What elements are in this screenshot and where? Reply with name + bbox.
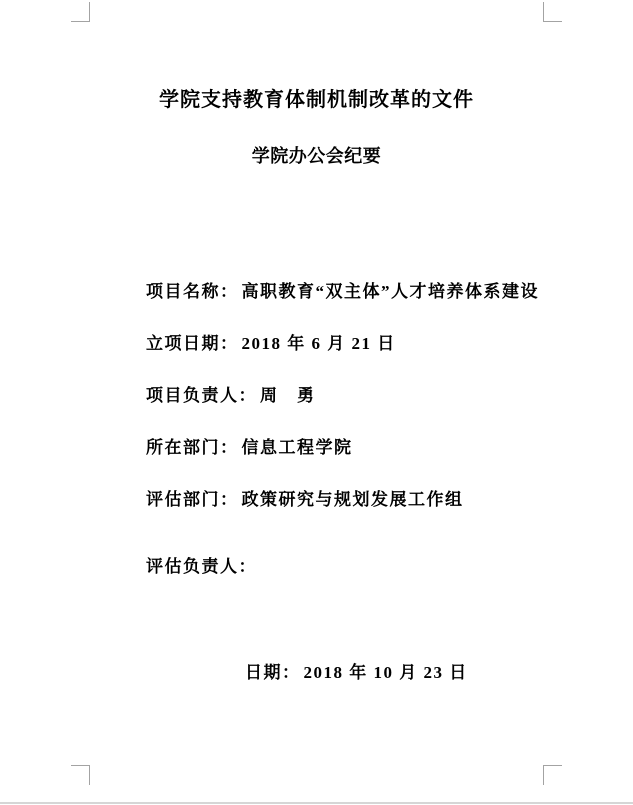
field-value: 高职教育“双主体”人才培养体系建设 <box>242 282 540 301</box>
field-label: 立项日期： <box>146 334 239 353</box>
field-value: 周 勇 <box>260 386 316 405</box>
field-row-evaluation-dept: 评估部门：政策研究与规划发展工作组 <box>123 470 464 530</box>
crop-mark-bottom-right <box>543 765 562 785</box>
document-subtitle: 学院办公会纪要 <box>0 146 633 168</box>
field-label: 评估部门： <box>146 490 239 509</box>
field-label: 日期： <box>245 663 301 682</box>
field-value: 政策研究与规划发展工作组 <box>242 490 464 509</box>
date-line: 日期：2018 年 10 月 23 日 <box>222 643 468 703</box>
field-row-approval-date: 立项日期：2018 年 6 月 21 日 <box>123 314 396 374</box>
field-label: 所在部门： <box>146 438 239 457</box>
page-bottom-edge <box>0 802 633 804</box>
field-label: 项目名称： <box>146 282 239 301</box>
field-value: 2018 年 6 月 21 日 <box>242 334 396 353</box>
field-value: 2018 年 10 月 23 日 <box>304 663 468 682</box>
crop-mark-top-right <box>543 2 562 22</box>
field-row-department: 所在部门：信息工程学院 <box>123 418 353 478</box>
field-row-project-name: 项目名称：高职教育“双主体”人才培养体系建设 <box>123 262 539 322</box>
crop-mark-bottom-left <box>71 765 90 785</box>
field-row-evaluation-leader: 评估负责人： <box>123 537 260 597</box>
field-label: 评估负责人： <box>146 557 257 576</box>
field-value: 信息工程学院 <box>242 438 353 457</box>
document-title: 学院支持教育体制机制改革的文件 <box>0 88 633 112</box>
crop-mark-top-left <box>71 2 90 22</box>
field-label: 项目负责人： <box>146 386 257 405</box>
document-page: 学院支持教育体制机制改革的文件 学院办公会纪要 项目名称：高职教育“双主体”人才… <box>0 0 633 805</box>
field-row-project-leader: 项目负责人：周 勇 <box>123 366 316 426</box>
